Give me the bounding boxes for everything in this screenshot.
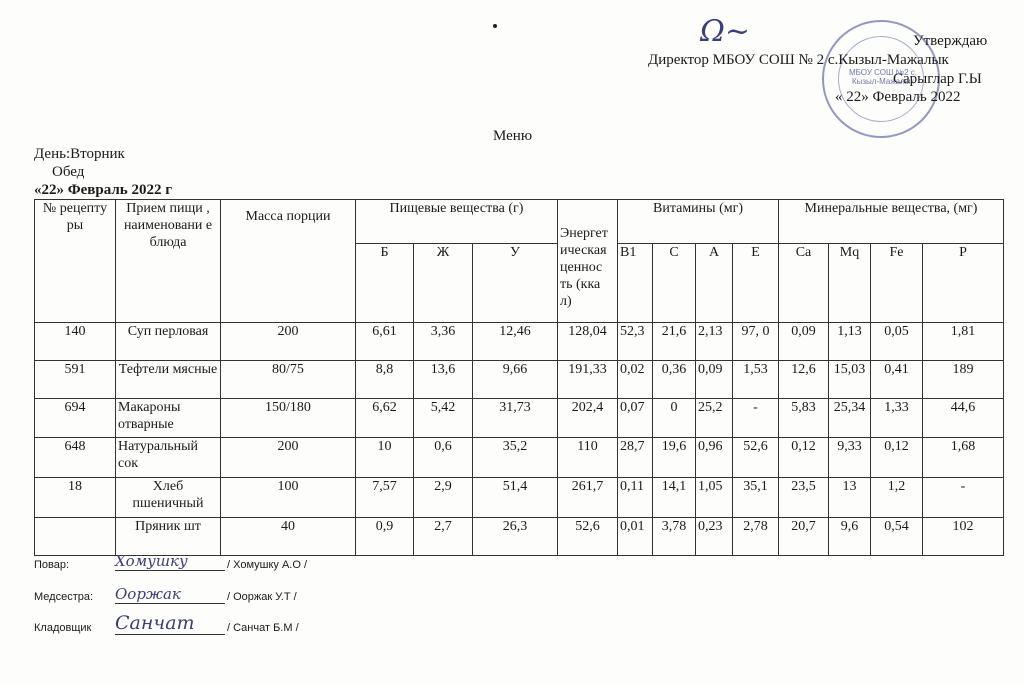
cell-no: 140 (35, 323, 116, 361)
cell-zh: 0,6 (414, 438, 473, 478)
header-mq: Mq (829, 244, 871, 323)
cell-portion: 200 (221, 323, 356, 361)
cell-zh: 13,6 (414, 361, 473, 399)
cell-dish: Макароны отварные (116, 399, 221, 438)
table-row: 140Суп перловая2006,613,3612,46128,0452,… (35, 323, 1004, 361)
cell-fe: 0,54 (871, 518, 923, 556)
cell-c: 0,36 (653, 361, 696, 399)
cell-dish: Хлеб пшеничный (116, 478, 221, 518)
cell-b1: 52,3 (618, 323, 653, 361)
cell-e: 2,78 (733, 518, 779, 556)
cell-b1: 0,02 (618, 361, 653, 399)
cell-zh: 2,9 (414, 478, 473, 518)
cell-c: 14,1 (653, 478, 696, 518)
cell-b: 8,8 (356, 361, 414, 399)
cell-mq: 13 (829, 478, 871, 518)
cell-energy: 52,6 (558, 518, 618, 556)
cell-energy: 261,7 (558, 478, 618, 518)
stray-dot (493, 24, 497, 28)
cell-dish: Натуральный сок (116, 438, 221, 478)
cell-zh: 2,7 (414, 518, 473, 556)
approve-label: Утверждаю (913, 32, 987, 51)
header-b: Б (356, 244, 414, 323)
cell-ca: 12,6 (779, 361, 829, 399)
cell-c: 21,6 (653, 323, 696, 361)
cell-fe: 1,33 (871, 399, 923, 438)
cell-a: 0,23 (696, 518, 733, 556)
signature-role-storekeeper: Кладовщик (34, 622, 91, 634)
cell-portion: 200 (221, 438, 356, 478)
header-u: У (473, 244, 558, 323)
cell-dish: Пряник шт (116, 518, 221, 556)
cell-ca: 0,12 (779, 438, 829, 478)
header-recipe-no: № рецепту ры (35, 200, 116, 323)
header-fe: Fe (871, 244, 923, 323)
header-portion: Масса порции (221, 200, 356, 323)
cell-b1: 0,11 (618, 478, 653, 518)
signature-role-nurse: Медсестра: (34, 591, 93, 603)
table-body: 140Суп перловая2006,613,3612,46128,0452,… (35, 323, 1004, 556)
cell-c: 3,78 (653, 518, 696, 556)
cell-a: 0,09 (696, 361, 733, 399)
cell-no: 18 (35, 478, 116, 518)
cell-ca: 5,83 (779, 399, 829, 438)
cell-no: 648 (35, 438, 116, 478)
signature-name-cook: / Хомушку А.О / (227, 559, 307, 571)
signature-nurse: Ооржак (115, 585, 225, 604)
cell-zh: 3,36 (414, 323, 473, 361)
header-b1: B1 (618, 244, 653, 323)
table-row: 18Хлеб пшеничный1007,572,951,4261,70,111… (35, 478, 1004, 518)
table-row: 648Натуральный сок200100,635,211028,719,… (35, 438, 1004, 478)
cell-c: 0 (653, 399, 696, 438)
cell-b: 6,61 (356, 323, 414, 361)
cell-portion: 150/180 (221, 399, 356, 438)
cell-energy: 128,04 (558, 323, 618, 361)
cell-p: 44,6 (923, 399, 1004, 438)
cell-p: 102 (923, 518, 1004, 556)
cell-e: 1,53 (733, 361, 779, 399)
header-vitamins: Витамины (мг) (618, 200, 779, 244)
header-e: E (733, 244, 779, 323)
signature-storekeeper: Санчат (115, 612, 225, 635)
cell-b: 6,62 (356, 399, 414, 438)
cell-u: 12,46 (473, 323, 558, 361)
cell-a: 2,13 (696, 323, 733, 361)
cell-mq: 15,03 (829, 361, 871, 399)
cell-e: 35,1 (733, 478, 779, 518)
header-a: A (696, 244, 733, 323)
cell-ca: 20,7 (779, 518, 829, 556)
cell-mq: 9,33 (829, 438, 871, 478)
cell-energy: 202,4 (558, 399, 618, 438)
cell-portion: 100 (221, 478, 356, 518)
table-row: 694Макароны отварные150/1806,625,4231,73… (35, 399, 1004, 438)
cell-dish: Тефтели мясные (116, 361, 221, 399)
cell-b1: 0,07 (618, 399, 653, 438)
cell-p: - (923, 478, 1004, 518)
cell-fe: 0,41 (871, 361, 923, 399)
cell-u: 31,73 (473, 399, 558, 438)
cell-energy: 110 (558, 438, 618, 478)
director-title: Директор МБОУ СОШ № 2 с.Кызыл-Мажалык (648, 51, 949, 70)
cell-ca: 23,5 (779, 478, 829, 518)
cell-b: 7,57 (356, 478, 414, 518)
menu-table: № рецепту ры Прием пищи , наименовани е … (34, 199, 1004, 556)
menu-date: «22» Февраль 2022 г (34, 182, 172, 199)
cell-a: 1,05 (696, 478, 733, 518)
cell-p: 189 (923, 361, 1004, 399)
signature-name-storekeeper: / Санчат Б.М / (227, 622, 299, 634)
cell-mq: 25,34 (829, 399, 871, 438)
table-row: Пряник шт400,92,726,352,60,013,780,232,7… (35, 518, 1004, 556)
cell-mq: 1,13 (829, 323, 871, 361)
cell-b1: 0,01 (618, 518, 653, 556)
header-zh: Ж (414, 244, 473, 323)
cell-u: 9,66 (473, 361, 558, 399)
cell-u: 26,3 (473, 518, 558, 556)
cell-no: 694 (35, 399, 116, 438)
director-name: Сарыглар Г.Ы (893, 70, 982, 89)
header-energy: Энергет ическая ценнос ть (кка л) (558, 200, 618, 323)
day-label: День:Вторник (34, 146, 125, 163)
cell-b: 0,9 (356, 518, 414, 556)
cell-e: 52,6 (733, 438, 779, 478)
cell-e: - (733, 399, 779, 438)
cell-zh: 5,42 (414, 399, 473, 438)
table-row: 591Тефтели мясные80/758,813,69,66191,330… (35, 361, 1004, 399)
cell-mq: 9,6 (829, 518, 871, 556)
header-ca: Ca (779, 244, 829, 323)
cell-no (35, 518, 116, 556)
header-row-1: № рецепту ры Прием пищи , наименовани е … (35, 200, 1004, 244)
cell-b: 10 (356, 438, 414, 478)
cell-portion: 80/75 (221, 361, 356, 399)
cell-e: 97, 0 (733, 323, 779, 361)
header-dish: Прием пищи , наименовани е блюда (116, 200, 221, 323)
cell-fe: 0,05 (871, 323, 923, 361)
cell-a: 25,2 (696, 399, 733, 438)
cell-b1: 28,7 (618, 438, 653, 478)
cell-u: 51,4 (473, 478, 558, 518)
cell-energy: 191,33 (558, 361, 618, 399)
page-title: Меню (493, 128, 532, 145)
cell-fe: 0,12 (871, 438, 923, 478)
cell-c: 19,6 (653, 438, 696, 478)
cell-u: 35,2 (473, 438, 558, 478)
header-nutrients: Пищевые вещества (г) (356, 200, 558, 244)
signature-name-nurse: / Ооржак У.Т / (227, 591, 297, 603)
cell-ca: 0,09 (779, 323, 829, 361)
cell-fe: 1,2 (871, 478, 923, 518)
cell-portion: 40 (221, 518, 356, 556)
header-p: P (923, 244, 1004, 323)
header-minerals: Минеральные вещества, (мг) (779, 200, 1004, 244)
approval-date: « 22» Февраль 2022 (835, 88, 960, 107)
meal-label: Обед (52, 164, 84, 181)
signature-cook: Хомушку (115, 552, 225, 571)
cell-a: 0,96 (696, 438, 733, 478)
header-c: C (653, 244, 696, 323)
signature-role-cook: Повар: (34, 559, 69, 571)
director-signature: Ω~ (700, 14, 750, 49)
cell-p: 1,81 (923, 323, 1004, 361)
cell-no: 591 (35, 361, 116, 399)
cell-p: 1,68 (923, 438, 1004, 478)
cell-dish: Суп перловая (116, 323, 221, 361)
